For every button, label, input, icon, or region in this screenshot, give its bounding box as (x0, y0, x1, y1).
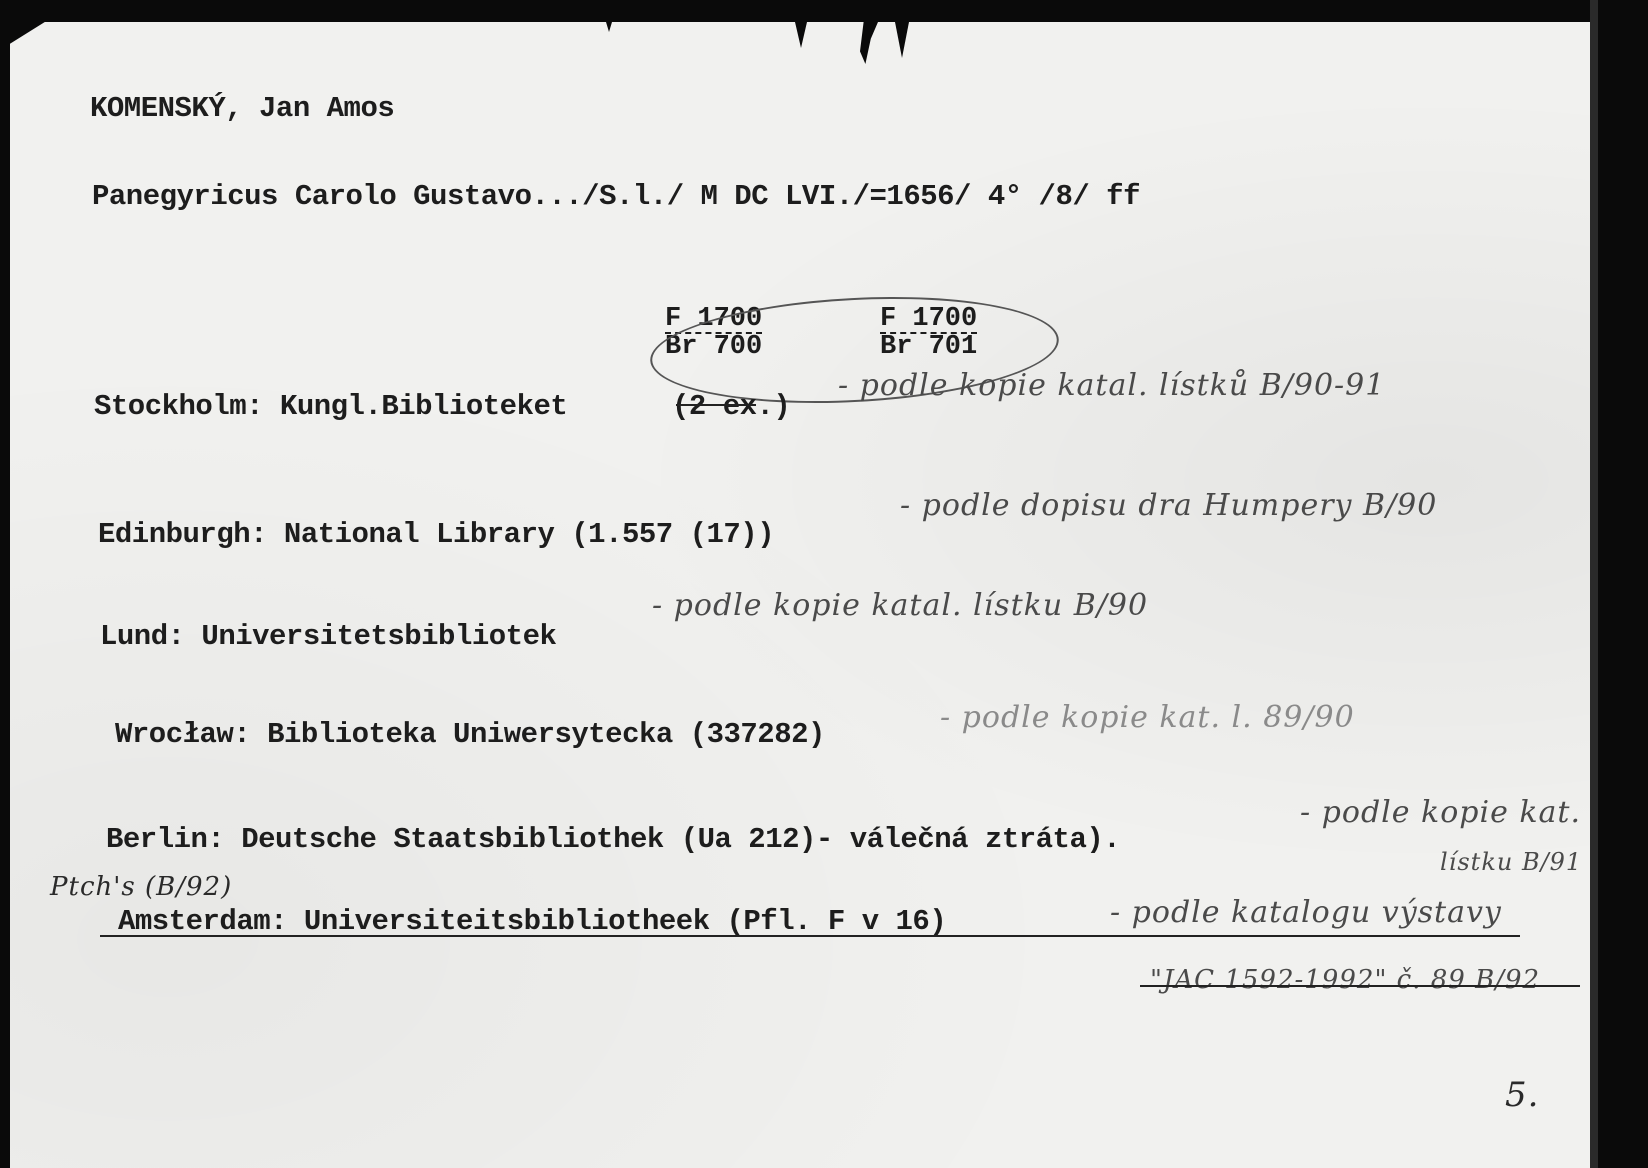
holding-stockholm-annotation: - podle kopie katal. lístků B/90-91 (838, 368, 1385, 403)
holding-amsterdam-annotation: - podle katalogu výstavy (1110, 895, 1502, 930)
scan-corner-shadow (0, 0, 80, 50)
holding-lund-location: Lund: Universitetsbibliotek (100, 620, 556, 653)
holding-edinburgh-annotation: - podle dopisu dra Humpery B/90 (900, 488, 1437, 523)
holding-berlin-location: Berlin: Deutsche Staatsbibliothek (Ua 21… (106, 823, 1120, 856)
holding-amsterdam-prefix-note: Ptch's (B/92) (50, 872, 232, 902)
holding-wroclaw-location: Wrocław: Biblioteka Uniwersytecka (33728… (115, 718, 825, 751)
holding-stockholm-copies: (2 ex.) (672, 390, 790, 423)
holding-berlin-annotation-cont: lístku B/91 (1440, 848, 1582, 876)
holding-berlin-annotation: - podle kopie kat. (1300, 795, 1581, 830)
title-line: Panegyricus Carolo Gustavo.../S.l./ M DC… (92, 180, 1140, 213)
holding-stockholm-location: Stockholm: Kungl.Biblioteket (94, 390, 567, 423)
scan-right-edge-inner (1590, 0, 1598, 1168)
strike-through (676, 404, 756, 406)
holding-wroclaw-annotation: - podle kopie kat. l. 89/90 (940, 700, 1355, 735)
scan-top-edge (0, 0, 1648, 22)
card-sequence-number: 5. (1505, 1075, 1539, 1115)
holding-edinburgh-location: Edinburgh: National Library (1.557 (17)) (98, 518, 774, 551)
holding-amsterdam-location: Amsterdam: Universiteitsbibliotheek (Pfl… (118, 905, 946, 938)
holding-lund-annotation: - podle kopie katal. lístku B/90 (652, 588, 1148, 623)
holding-amsterdam-annotation-cont: "JAC 1592-1992" č. 89 B/92 (1150, 965, 1540, 995)
scan-right-edge (1590, 0, 1648, 1168)
author-heading: KOMENSKÝ, Jan Amos (90, 92, 394, 125)
strike-through (100, 935, 1520, 937)
strike-through (1140, 985, 1580, 987)
